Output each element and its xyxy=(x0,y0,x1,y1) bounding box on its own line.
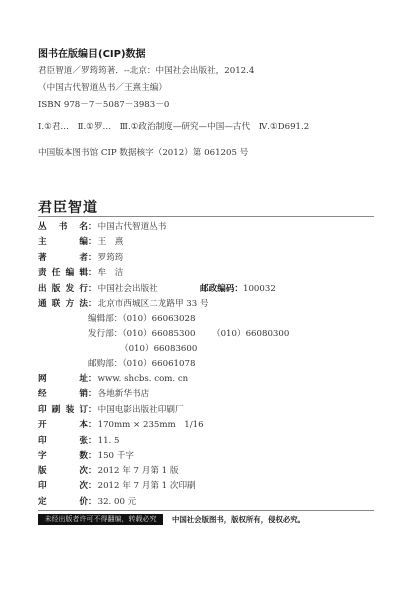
label-edition: 版次 xyxy=(38,464,88,478)
label-printer: 印刷装订 xyxy=(38,403,88,417)
value-format: 170mm × 235mm 1/16 xyxy=(98,418,204,432)
copyright-notice-box: 未经出版者许可不得翻编，转载必究 xyxy=(38,514,163,525)
divider-top xyxy=(38,216,374,217)
value-contact: 北京市西城区二龙路甲 33 号 xyxy=(98,297,209,311)
label-price: 定价 xyxy=(38,495,88,509)
cip-line-4: Ⅰ.①君… Ⅱ.①罗… Ⅲ.①政治制度—研究—中国—古代 Ⅳ.①D691.2 xyxy=(38,120,309,132)
label-responsible-editor: 责任编辑 xyxy=(38,266,88,280)
postcode-value: 100032 xyxy=(243,284,276,294)
postcode-label: 邮政编码： xyxy=(200,284,243,294)
phone-mail-order: 邮购部：（010）66061078 xyxy=(88,357,195,371)
row-website: 网址：www. shcbs. com. cn xyxy=(38,372,188,386)
value-publisher: 中国社会出版社 xyxy=(98,282,158,296)
cip-heading: 图书在版编目(CIP)数据 xyxy=(38,45,146,60)
cip-line-1: 君臣智道／罗筠筠著．--北京：中国社会出版社，2012.4 xyxy=(38,64,254,76)
row-contact: 通联方法：北京市西城区二龙路甲 33 号 xyxy=(38,297,209,311)
phone-distribution-2: （010）66080300 xyxy=(212,327,289,341)
phone-distribution-3: （010）66083600 xyxy=(120,342,197,356)
label-contact: 通联方法 xyxy=(38,297,88,311)
row-publisher: 出版发行：中国社会出版社 xyxy=(38,282,158,296)
row-printing: 印次：2012 年 7 月第 1 次印刷 xyxy=(38,479,196,493)
label-sheets: 印张 xyxy=(38,434,88,448)
value-website: www. shcbs. com. cn xyxy=(98,372,189,386)
label-series: 丛书名 xyxy=(38,220,88,234)
label-format: 开本 xyxy=(38,418,88,432)
value-distributor: 各地新华书店 xyxy=(98,387,150,401)
label-word-count: 字数 xyxy=(38,449,88,463)
label-author: 著者 xyxy=(38,251,88,265)
value-edition: 2012 年 7 月第 1 版 xyxy=(98,464,179,478)
book-title: 君臣智道 xyxy=(38,197,98,217)
value-word-count: 150 千字 xyxy=(98,449,134,463)
value-author: 罗筠筠 xyxy=(98,251,124,265)
value-series: 中国古代智道丛书 xyxy=(98,220,167,234)
postcode: 邮政编码：100032 xyxy=(200,282,276,296)
cip-line-3: ISBN 978－7－5087－3983－0 xyxy=(38,98,169,110)
value-printer: 中国电影出版社印刷厂 xyxy=(98,403,184,417)
value-price: 32. 00 元 xyxy=(98,495,137,509)
phone-distribution: 发行部：（010）66085300 xyxy=(88,327,195,341)
cip-line-5: 中国版本图书馆 CIP 数据核字（2012）第 061205 号 xyxy=(38,146,248,158)
divider-bottom xyxy=(38,510,374,511)
row-author: 著者：罗筠筠 xyxy=(38,251,123,265)
label-distributor: 经销 xyxy=(38,387,88,401)
row-price: 定价：32. 00 元 xyxy=(38,495,136,509)
value-responsible-editor: 牟 洁 xyxy=(98,266,124,280)
value-editor: 王 熹 xyxy=(98,235,124,249)
value-sheets: 11. 5 xyxy=(98,434,120,448)
label-printing: 印次 xyxy=(38,479,88,493)
row-format: 开本：170mm × 235mm 1/16 xyxy=(38,418,204,432)
phone-editorial: 编辑部：（010）66063028 xyxy=(88,312,195,326)
row-sheets: 印张：11. 5 xyxy=(38,434,119,448)
row-word-count: 字数：150 千字 xyxy=(38,449,134,463)
row-responsible-editor: 责任编辑：牟 洁 xyxy=(38,266,123,280)
row-printer: 印刷装订：中国电影出版社印刷厂 xyxy=(38,403,184,417)
label-publisher: 出版发行 xyxy=(38,282,88,296)
value-printing: 2012 年 7 月第 1 次印刷 xyxy=(98,479,196,493)
row-distributor: 经销：各地新华书店 xyxy=(38,387,149,401)
copyright-notice-text: 中国社会版图书，版权所有，侵权必究。 xyxy=(172,514,305,525)
row-edition: 版次：2012 年 7 月第 1 版 xyxy=(38,464,178,478)
row-editor: 主编：王 熹 xyxy=(38,235,123,249)
label-website: 网址 xyxy=(38,372,88,386)
label-editor: 主编 xyxy=(38,235,88,249)
row-series: 丛书名：中国古代智道丛书 xyxy=(38,220,166,234)
cip-line-2: （中国古代智道丛书／王熹主编） xyxy=(38,81,167,93)
